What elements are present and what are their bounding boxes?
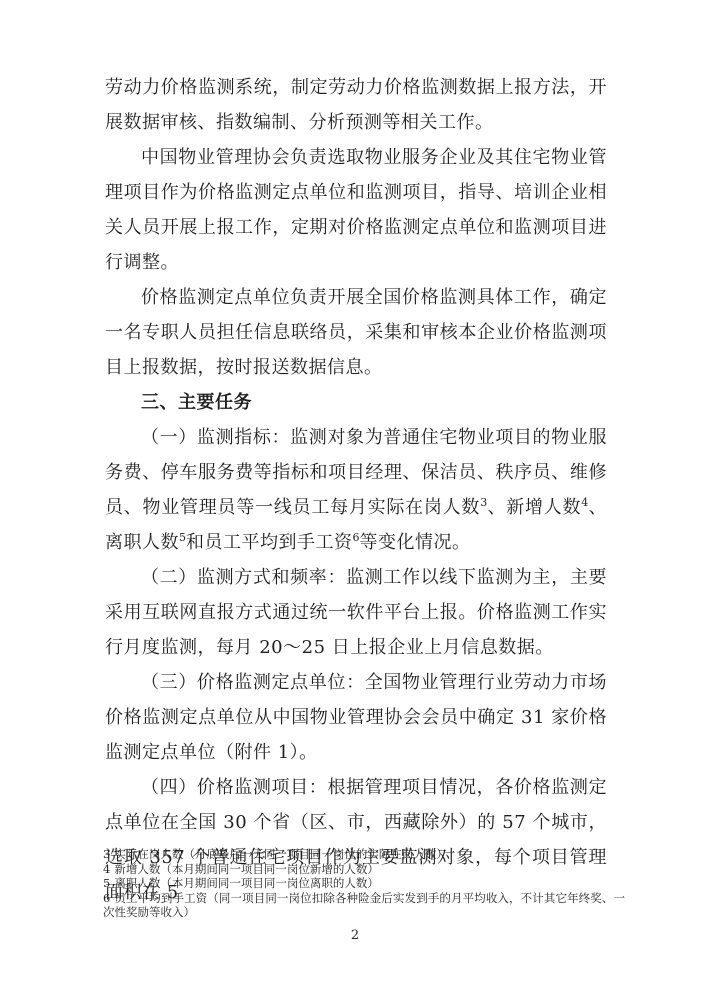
document-body: 劳动力价格监测系统，制定劳动力价格监测数据上报方法，开展数据审核、指数编制、分析… xyxy=(105,70,607,910)
paragraph: （三）价格监测定点单位：全国物业管理行业劳动力市场价格监测定点单位从中国物业管理… xyxy=(105,665,607,770)
document-page: 劳动力价格监测系统，制定劳动力价格监测数据上报方法，开展数据审核、指数编制、分析… xyxy=(0,0,710,1003)
paragraph: 中国物业管理协会负责选取物业服务企业及其住宅物业管理项目作为价格监测定点单位和监… xyxy=(105,140,607,280)
paragraph: （一）监测指标：监测对象为普通住宅物业项目的物业服务费、停车服务费等指标和项目经… xyxy=(105,420,607,560)
page-number: 2 xyxy=(0,928,710,943)
paragraph: （二）监测方式和频率：监测工作以线下监测为主，主要采用互联网直报方式通过统一软件… xyxy=(105,560,607,665)
footnote-marker: 6 xyxy=(103,891,114,905)
footnote-marker: 3 xyxy=(103,847,114,861)
paragraph: 劳动力价格监测系统，制定劳动力价格监测数据上报方法，开展数据审核、指数编制、分析… xyxy=(105,70,607,140)
footnote-item: 4新增人数（本月期间同一项目同一岗位新增的人数） xyxy=(103,862,625,877)
section-heading: 三、主要任务 xyxy=(105,385,607,420)
footnote-item: 5离职人数（本月期间同一项目同一岗位离职的人数） xyxy=(103,876,625,891)
paragraph: 价格监测定点单位负责开展全国价格监测具体工作，确定一名专职人员担任信息联络员，采… xyxy=(105,280,607,385)
footnote-ref: 3 xyxy=(480,496,487,509)
footnote-ref: 4 xyxy=(581,496,588,509)
footnote-ref: 6 xyxy=(353,531,360,544)
footnote-item: 6员工平均到手工资（同一项目同一岗位扣除各种险金后实发到手的月平均收入，不计其它… xyxy=(103,891,625,920)
footnote-item: 3实际在岗人数（月底最后一天同一项目同一岗位的实际在岗人数） xyxy=(103,847,625,862)
footnote-marker: 4 xyxy=(103,862,114,876)
footnote-marker: 5 xyxy=(103,876,114,890)
footnote-ref: 5 xyxy=(179,531,186,544)
footnotes: 3实际在岗人数（月底最后一天同一项目同一岗位的实际在岗人数）4新增人数（本月期间… xyxy=(103,847,625,920)
